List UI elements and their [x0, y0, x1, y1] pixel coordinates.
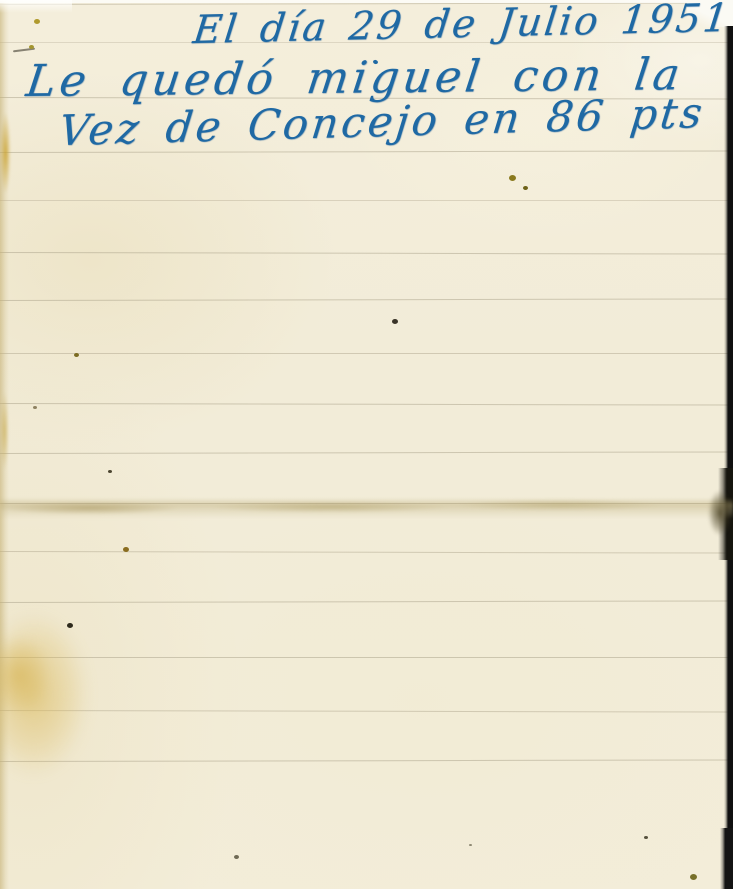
ruled-line [0, 657, 733, 658]
paper-speck [392, 319, 398, 324]
fold-crease [0, 494, 733, 520]
paper-speck [509, 175, 516, 181]
ruled-line [0, 403, 733, 406]
fold-crease-stain [708, 490, 732, 536]
scan-edge-shadow [720, 828, 733, 889]
paper-speck [74, 353, 79, 357]
paper-speck [34, 19, 40, 24]
paper-speck [29, 45, 34, 49]
ruled-line [0, 298, 733, 301]
scanned-note: El día 29 de Julio 1951 Le quedó miguel … [0, 0, 733, 889]
scan-edge-shadow [724, 26, 733, 889]
paper-speck [123, 547, 129, 552]
paper-speck [690, 874, 697, 880]
paper-speck [644, 836, 648, 839]
ruled-line [0, 710, 733, 713]
ruled-line [0, 200, 733, 201]
paper-speck [67, 623, 73, 628]
ruled-line [0, 551, 733, 554]
left-edge-stain [0, 392, 9, 470]
ruled-line [0, 600, 733, 603]
paper-speck [33, 406, 37, 409]
paper-corner-highlight [0, 0, 72, 13]
paper-speck [469, 844, 472, 846]
ruled-line [0, 252, 733, 255]
paper-speck [108, 470, 112, 473]
paper-speck [234, 855, 239, 859]
paper-speck [523, 186, 528, 190]
note-paper: El día 29 de Julio 1951 Le quedó miguel … [0, 0, 733, 889]
ruled-line [0, 759, 733, 762]
left-edge-stain [0, 112, 11, 194]
ruled-line [0, 451, 733, 454]
ruled-line [0, 353, 733, 354]
handwriting-line-1: El día 29 de Julio 1951 [191, 0, 733, 53]
